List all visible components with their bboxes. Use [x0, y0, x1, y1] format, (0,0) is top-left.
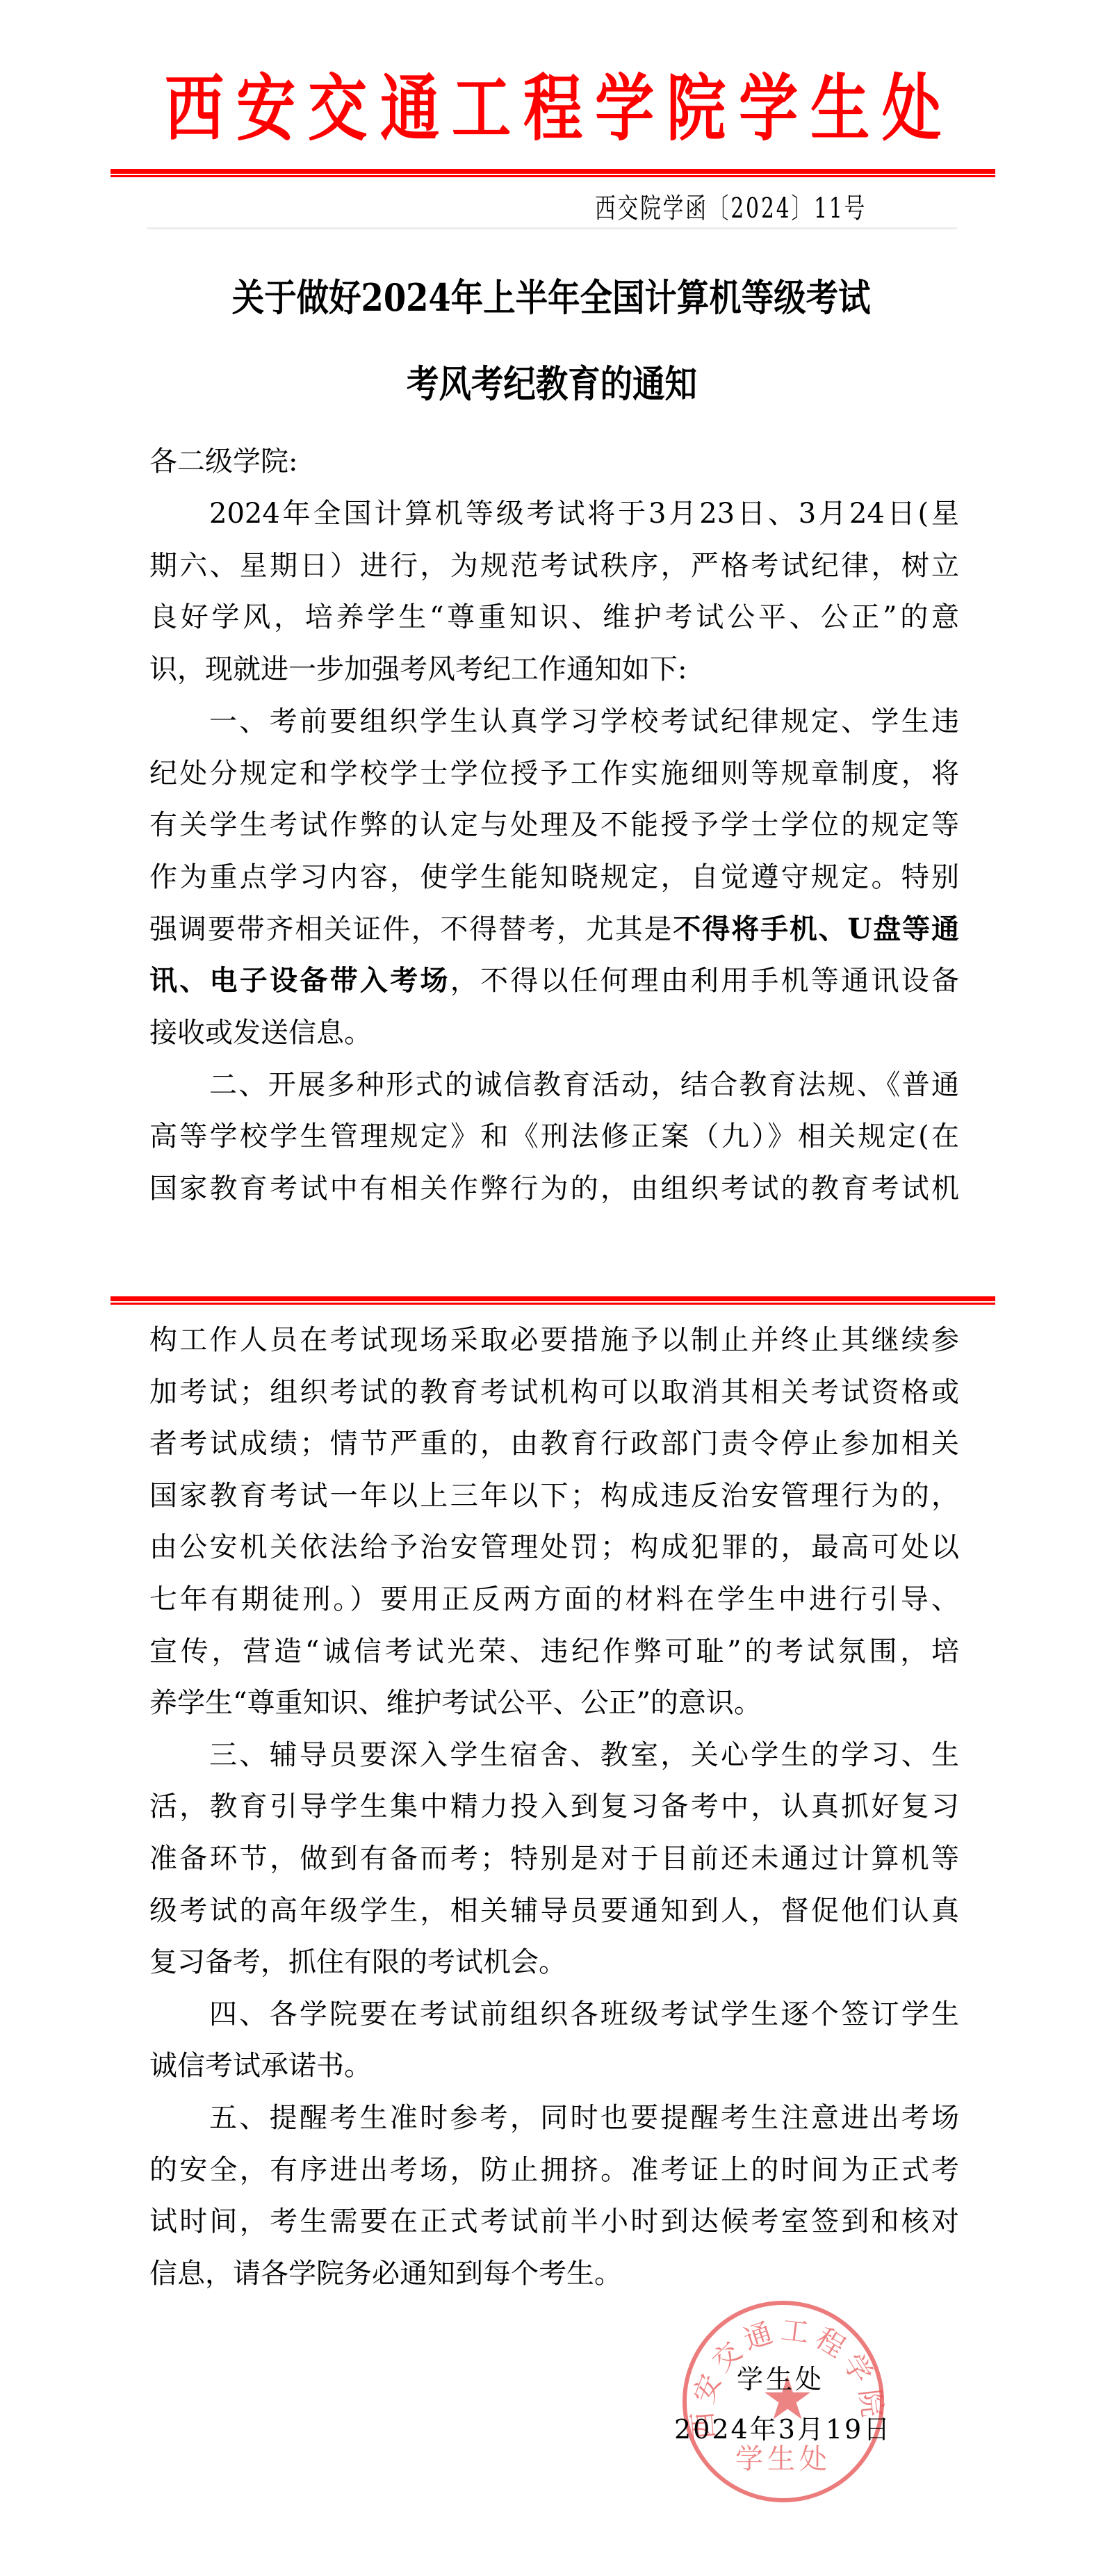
reference-number: 西交院学函〔2024〕11号 [595, 193, 867, 224]
body-line: 国家教育考试一年以上三年以下；构成违反治安管理行为的， [149, 1481, 959, 1511]
letterhead-red-rule-thin [111, 175, 995, 177]
body-line: 信息，请各学院务必通知到每个考生。 [149, 2258, 959, 2289]
body-line: 纪处分规定和学校学士学位授予工作实施细则等规章制度，将 [149, 758, 959, 789]
body-line: 的安全，有序进出考场，防止拥挤。准考证上的时间为正式考 [149, 2155, 959, 2185]
signature-date: 2024年3月19日 [674, 2415, 892, 2444]
letterhead-title-char: 处 [882, 67, 940, 150]
letterhead-title: 西安交通工程学院学生处 [165, 67, 954, 150]
body-line: 准备环节，做到有备而考；特别是对于目前还未通过计算机等 [149, 1843, 959, 1874]
letterhead-title-char: 交 [308, 67, 366, 150]
body-line: 国家教育考试中有相关作弊行为的，由组织考试的教育考试机 [149, 1173, 959, 1204]
body-line: 者考试成绩；情节严重的，由教育行政部门责令停止参加相关 [149, 1428, 959, 1459]
body-line: 诚信考试承诺书。 [149, 2051, 959, 2081]
body-line: 期六、星期日）进行，为规范考试秩序，严格考试纪律，树立 [149, 551, 959, 581]
body-line: 良好学风，培养学生“尊重知识、维护考试公平、公正”的意 [149, 602, 959, 633]
body-text: ，不得以任何理由利用手机等通讯设备 [450, 965, 959, 997]
body-line: 级考试的高年级学生，相关辅导员要通知到人，督促他们认真 [149, 1896, 959, 1926]
letterhead-title-char: 工 [452, 67, 510, 150]
letterhead-title-char: 院 [667, 67, 725, 150]
salutation: 各二级学院: [149, 446, 959, 477]
body-line: 由公安机关依法给予治安管理处罚；构成犯罪的，最高可处以 [149, 1532, 959, 1563]
page-separator-thick [111, 1296, 995, 1301]
body-line: 一、考前要组织学生认真学习学校考试纪律规定、学生违 [209, 706, 959, 737]
body-line: 四、各学院要在考试前组织各班级考试学生逐个签订学生 [209, 1999, 959, 2030]
signature-office: 学生处 [737, 2365, 824, 2394]
body-line: 活，教育引导学生集中精力投入到复习备考中，认真抓好复习 [149, 1791, 959, 1822]
emphasized-text: 不得将手机、U盘等通 [673, 913, 959, 945]
letterhead-title-char: 生 [810, 67, 869, 150]
body-line: 三、辅导员要深入学生宿舍、教室，关心学生的学习、生 [209, 1740, 959, 1770]
body-line: 作为重点学习内容，使学生能知晓规定，自觉遵守规定。特别 [149, 862, 959, 892]
body-line: 高等学校学生管理规定》和《刑法修正案（九）》相关规定(在 [149, 1121, 959, 1152]
letterhead-title-char: 学 [595, 67, 653, 150]
body-line: 七年有期徒刑。）要用正反两方面的材料在学生中进行引导、 [149, 1584, 959, 1615]
body-line: 养学生“尊重知识、维护考试公平、公正”的意识。 [149, 1688, 959, 1718]
body-line: 构工作人员在考试现场采取必要措施予以制止并终止其继续参 [149, 1325, 959, 1355]
emphasized-text: 讯、电子设备带入考场 [149, 964, 450, 997]
letterhead-red-rule-thick [111, 169, 995, 174]
body-line: 接收或发送信息。 [149, 1018, 959, 1048]
body-line: 宣传，营造“诚信考试光荣、违纪作弊可耻”的考试氛围，培 [149, 1636, 959, 1667]
page-separator-thin [111, 1303, 995, 1305]
official-seal: 西安交通工程学院 ★ 学生处 [683, 2301, 884, 2502]
body-line: 试时间，考生需要在正式考试前半小时到达候考室签到和核对 [149, 2206, 959, 2237]
gray-divider [147, 227, 957, 229]
body-line: 讯、电子设备带入考场，不得以任何理由利用手机等通讯设备 [149, 965, 959, 996]
document-title-line-1: 关于做好2024年上半年全国计算机等级考试 [0, 277, 1103, 318]
document-page: 西安交通工程学院学生处 西交院学函〔2024〕11号 关于做好2024年上半年全… [0, 0, 1103, 2576]
letterhead-title-char: 西 [165, 67, 223, 150]
body-line: 识，现就进一步加强考风考纪工作通知如下: [149, 654, 959, 685]
letterhead-title-char: 学 [739, 67, 797, 150]
document-title-line-2: 考风考纪教育的通知 [0, 363, 1103, 405]
body-text: 强调要带齐相关证件，不得替考，尤其是 [149, 913, 673, 945]
body-line: 强调要带齐相关证件，不得替考，尤其是不得将手机、U盘等通 [149, 914, 959, 945]
body-line: 五、提醒考生准时参考，同时也要提醒考生注意进出考场 [209, 2103, 959, 2133]
body-line: 复习备考，抓住有限的考试机会。 [149, 1947, 959, 1978]
body-line: 2024年全国计算机等级考试将于3月23日、3月24日(星 [209, 498, 959, 529]
body-line: 有关学生考试作弊的认定与处理及不能授予学士学位的规定等 [149, 810, 959, 840]
body-line: 加考试；组织考试的教育考试机构可以取消其相关考试资格或 [149, 1377, 959, 1408]
letterhead-title-char: 程 [523, 67, 582, 150]
body-line: 二、开展多种形式的诚信教育活动，结合教育法规、《普通 [209, 1070, 959, 1100]
letterhead-title-char: 安 [236, 67, 295, 150]
letterhead-title-char: 通 [380, 67, 439, 150]
